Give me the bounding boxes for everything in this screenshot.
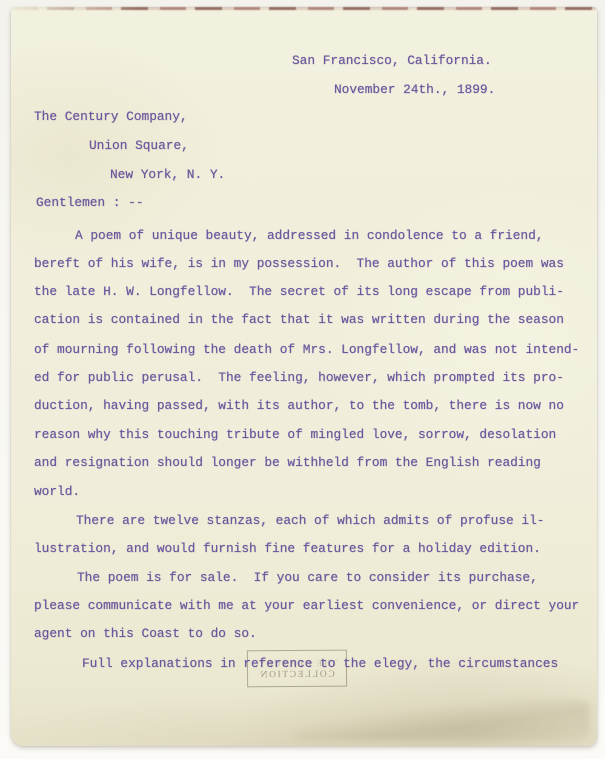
body-line: lustration, and would furnish fine featu…	[34, 542, 541, 556]
scanned-letter: San Francisco, California. November 24th…	[0, 0, 605, 759]
body-line: There are twelve stanzas, each of which …	[76, 514, 544, 528]
recipient-line: Union Square,	[89, 139, 189, 153]
body-line: reason why this touching tribute of ming…	[34, 428, 556, 442]
recipient-line: The Century Company,	[34, 110, 188, 124]
recipient-line: New York, N. Y.	[110, 168, 225, 182]
salutation: Gentlemen : --	[36, 196, 144, 210]
dateline-date: November 24th., 1899.	[334, 83, 495, 97]
body-line: of mourning following the death of Mrs. …	[34, 343, 579, 357]
paper-bottom-stain	[290, 698, 590, 740]
body-line: please communicate with me at your earli…	[34, 599, 579, 613]
body-line: ed for public perusal. The feeling, howe…	[34, 371, 564, 385]
body-line: agent on this Coast to do so.	[34, 627, 257, 641]
body-line: the late H. W. Longfellow. The secret of…	[34, 285, 564, 299]
dateline-place: San Francisco, California.	[292, 54, 492, 68]
body-line: and resignation should longer be withhel…	[34, 456, 541, 470]
body-line: cation is contained in the fact that it …	[34, 313, 564, 327]
body-line: world.	[34, 485, 80, 499]
body-line: bereft of his wife, is in my possession.…	[34, 257, 564, 271]
paper-top-edge-mark	[12, 7, 596, 10]
body-line: duction, having passed, with its author,…	[34, 399, 564, 413]
body-line: Full explanations in reference to the el…	[82, 657, 558, 671]
body-line: A poem of unique beauty, addressed in co…	[75, 229, 543, 243]
body-line: The poem is for sale. If you care to con…	[77, 571, 538, 585]
